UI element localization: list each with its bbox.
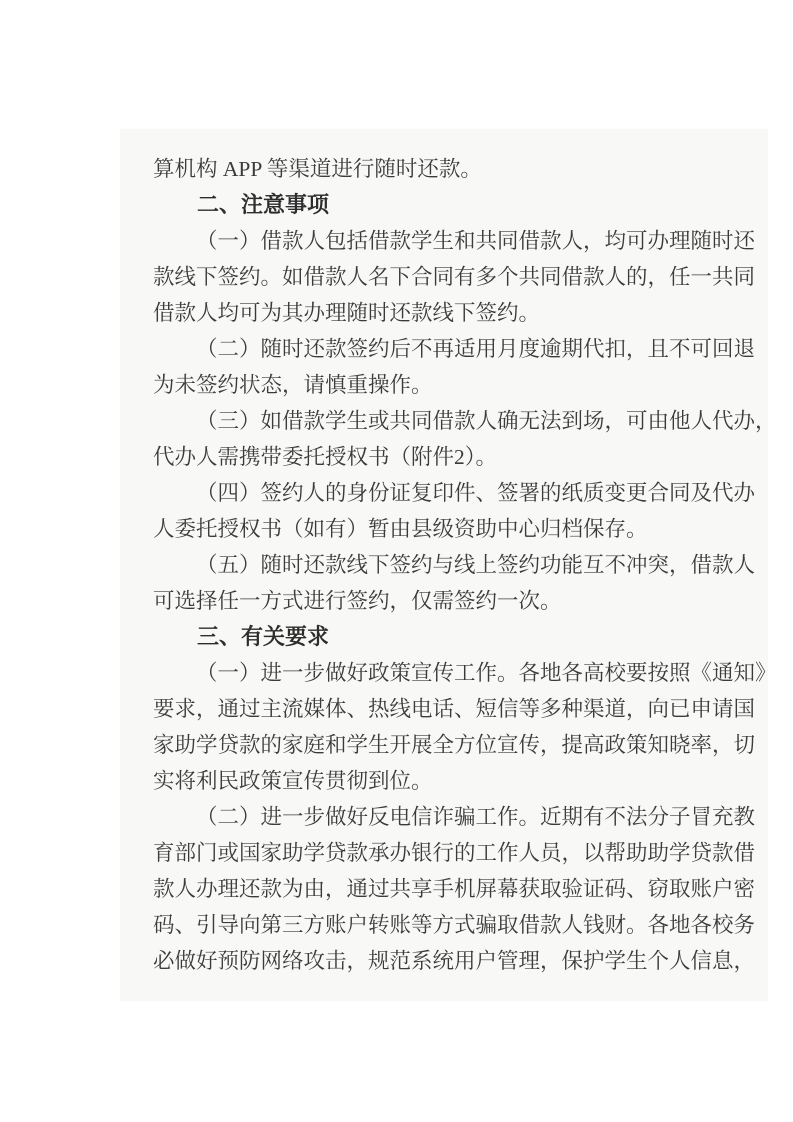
text-line: （五）随时还款线下签约与线上签约功能互不冲突，借款人 (153, 547, 757, 583)
text-line: 款人办理还款为由，通过共享手机屏幕获取验证码、窃取账户密 (153, 871, 757, 907)
document-page: 算机构 APP 等渠道进行随时还款。二、注意事项（一）借款人包括借款学生和共同借… (120, 129, 768, 1001)
document-body: 算机构 APP 等渠道进行随时还款。二、注意事项（一）借款人包括借款学生和共同借… (153, 151, 757, 979)
text-line: 人委托授权书（如有）暂由县级资助中心归档保存。 (153, 511, 757, 547)
scanned-document: 算机构 APP 等渠道进行随时还款。二、注意事项（一）借款人包括借款学生和共同借… (0, 0, 793, 1122)
text-line: 款线下签约。如借款人名下合同有多个共同借款人的，任一共同 (153, 259, 757, 295)
text-line: （二）进一步做好反电信诈骗工作。近期有不法分子冒充教 (153, 799, 757, 835)
text-line: 实将利民政策宣传贯彻到位。 (153, 763, 757, 799)
text-line: 代办人需携带委托授权书（附件2）。 (153, 439, 757, 475)
text-line: （三）如借款学生或共同借款人确无法到场，可由他人代办， (153, 403, 757, 439)
text-line: 算机构 APP 等渠道进行随时还款。 (153, 151, 757, 187)
text-line: 借款人均可为其办理随时还款线下签约。 (153, 295, 757, 331)
text-line: 要求，通过主流媒体、热线电话、短信等多种渠道，向已申请国 (153, 691, 757, 727)
section-heading: 三、有关要求 (153, 619, 757, 655)
text-line: （二）随时还款签约后不再适用月度逾期代扣，且不可回退 (153, 331, 757, 367)
text-line: 家助学贷款的家庭和学生开展全方位宣传，提高政策知晓率，切 (153, 727, 757, 763)
text-line: 可选择任一方式进行签约，仅需签约一次。 (153, 583, 757, 619)
text-line: （一）进一步做好政策宣传工作。各地各高校要按照《通知》 (153, 655, 757, 691)
text-line: （一）借款人包括借款学生和共同借款人，均可办理随时还 (153, 223, 757, 259)
text-line: 育部门或国家助学贷款承办银行的工作人员，以帮助助学贷款借 (153, 835, 757, 871)
text-line: 码、引导向第三方账户转账等方式骗取借款人钱财。各地各校务 (153, 907, 757, 943)
text-line: 为未签约状态，请慎重操作。 (153, 367, 757, 403)
text-line: 必做好预防网络攻击，规范系统用户管理，保护学生个人信息， (153, 943, 757, 979)
section-heading: 二、注意事项 (153, 187, 757, 223)
text-line: （四）签约人的身份证复印件、签署的纸质变更合同及代办 (153, 475, 757, 511)
